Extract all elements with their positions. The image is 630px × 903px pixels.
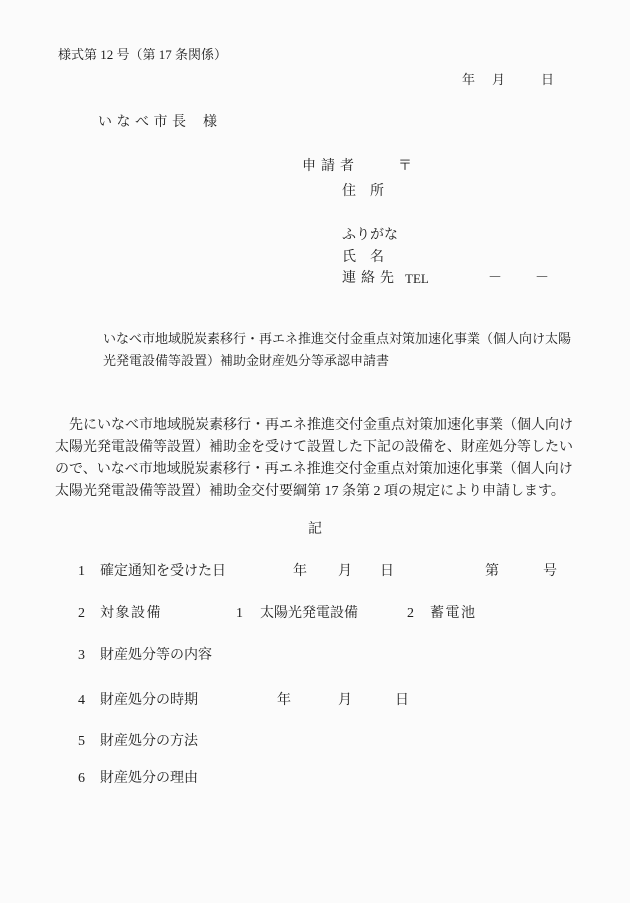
item-2-option-2-label: 蓄電池 xyxy=(430,605,477,623)
item-1-month-label: 月 xyxy=(338,563,352,581)
tel-label: TEL xyxy=(405,271,429,287)
item-3-number: 3 xyxy=(78,647,85,665)
applicant-label: 申請者 xyxy=(302,158,359,176)
item-1-number: 1 xyxy=(78,563,85,581)
item-1-number-suffix: 号 xyxy=(543,563,557,581)
item-1-day-label: 日 xyxy=(380,563,394,581)
date-month-label: 月 xyxy=(492,72,505,88)
furigana-label: ふりがな xyxy=(342,227,398,245)
item-2-option-2-number: 2 xyxy=(407,605,414,623)
body-line-3: ので、いなべ市地域脱炭素移行・再エネ推進交付金重点対策加速化事業（個人向け xyxy=(55,461,573,479)
address-label: 住 所 xyxy=(342,183,384,201)
item-6-number: 6 xyxy=(78,770,85,788)
body-line-1: 先にいなべ市地域脱炭素移行・再エネ推進交付金重点対策加速化事業（個人向け xyxy=(55,417,573,435)
body-line-2: 太陽光発電設備等設置）補助金を受けて設置した下記の設備を、財産処分等したい xyxy=(55,439,573,457)
addressee-honorific: 様 xyxy=(203,114,217,132)
document-title-line-2: 光発電設備等設置）補助金財産処分等承認申請書 xyxy=(103,353,389,369)
item-2-label: 対象設備 xyxy=(100,605,162,623)
item-4-label: 財産処分の時期 xyxy=(100,692,198,710)
contact-label: 連絡先 xyxy=(342,270,399,288)
item-2-option-1-label: 太陽光発電設備 xyxy=(260,605,358,623)
name-label: 氏 名 xyxy=(342,249,384,267)
body-line-4: 太陽光発電設備等設置）補助金交付要綱第 17 条第 2 項の規定により申請します… xyxy=(55,483,565,501)
item-2-number: 2 xyxy=(78,605,85,623)
item-1-year-label: 年 xyxy=(293,563,307,581)
item-5-number: 5 xyxy=(78,733,85,751)
document-title-line-1: いなべ市地域脱炭素移行・再エネ推進交付金重点対策加速化事業（個人向け太陽 xyxy=(103,331,571,347)
item-6-label: 財産処分の理由 xyxy=(100,770,198,788)
addressee-name: いなべ市長 xyxy=(98,114,191,132)
date-day-label: 日 xyxy=(541,72,554,88)
document-page: 様式第 12 号（第 17 条関係） 年 月 日 いなべ市長 様 申請者 〒 住… xyxy=(0,0,630,903)
item-3-label: 財産処分等の内容 xyxy=(100,647,212,665)
item-4-month-label: 月 xyxy=(338,692,352,710)
item-1-number-prefix: 第 xyxy=(485,563,499,581)
date-year-label: 年 xyxy=(462,72,475,88)
item-4-year-label: 年 xyxy=(277,692,291,710)
form-number: 様式第 12 号（第 17 条関係） xyxy=(58,47,227,63)
tel-dash-2: － xyxy=(535,270,549,288)
tel-dash-1: － xyxy=(488,270,502,288)
ki-marker: 記 xyxy=(0,521,630,539)
item-4-day-label: 日 xyxy=(395,692,409,710)
item-4-number: 4 xyxy=(78,692,85,710)
postal-mark: 〒 xyxy=(398,158,412,176)
item-2-option-1-number: 1 xyxy=(236,605,243,623)
item-1-label: 確定通知を受けた日 xyxy=(100,563,226,581)
item-5-label: 財産処分の方法 xyxy=(100,733,198,751)
